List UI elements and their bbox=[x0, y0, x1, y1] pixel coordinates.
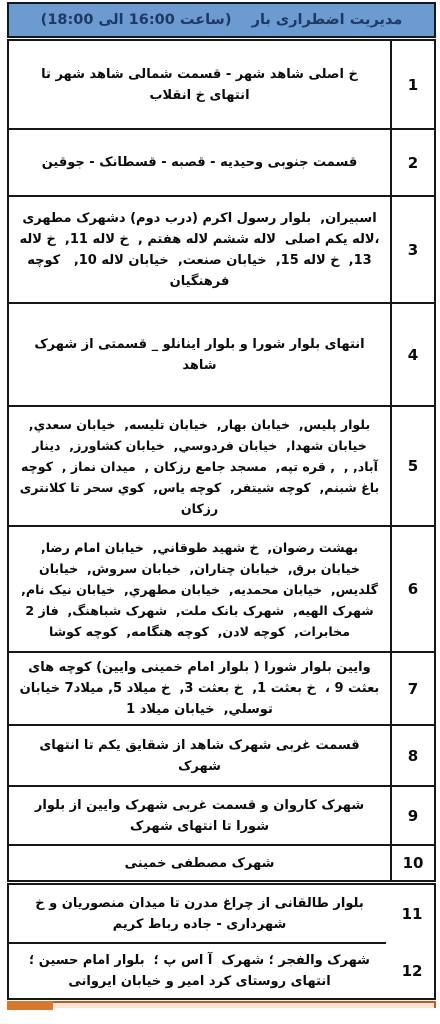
row-area-text: شهرک کاروان و قسمت غربی شهرک وایین از بل… bbox=[9, 787, 390, 844]
row-number: 7 bbox=[390, 653, 434, 724]
row-area-text: خ اصلی شاهد شهر - قسمت شمالی شاهد شهر تا… bbox=[9, 41, 390, 128]
row-number: 5 bbox=[390, 407, 434, 525]
row-number: 2 bbox=[390, 130, 434, 195]
next-section-number-cell-sliver bbox=[7, 1001, 53, 1010]
table-row: 9 شهرک کاروان و قسمت غربی شهرک وایین از … bbox=[9, 787, 434, 846]
row-number: 11 bbox=[390, 885, 434, 942]
row-area-text: انتهای بلوار شورا و بلوار اینانلو _ قسمت… bbox=[9, 304, 390, 405]
row-number: 4 bbox=[390, 304, 434, 405]
schedule-table-secondary: 11 بلوار طالقانی از چراغ مدرن تا میدان م… bbox=[7, 883, 436, 1000]
row-area-text: قسمت غربی شهرک شاهد از شقایق یکم تا انته… bbox=[9, 726, 390, 785]
table-row: 6 بهشت رضوان, خ شهید طوقاني, خیابان امام… bbox=[9, 527, 434, 653]
table-row: 3 اسبیران, بلوار رسول اکرم (درب دوم) دشه… bbox=[9, 197, 434, 304]
row-number: 9 bbox=[390, 787, 434, 844]
table-row: 11 بلوار طالقانی از چراغ مدرن تا میدان م… bbox=[9, 885, 434, 942]
table-row: 4 انتهای بلوار شورا و بلوار اینانلو _ قس… bbox=[9, 304, 434, 407]
table-row: 2 قسمت جنوبی وحیدیه - قصبه - قسطانک - جو… bbox=[9, 130, 434, 197]
table-row: 10 شهرک مصطفی خمینی bbox=[9, 846, 434, 880]
row-area-text: قسمت جنوبی وحیدیه - قصبه - قسطانک - جوقی… bbox=[9, 130, 390, 195]
table-row: 12 شهرک والفجر ؛ شهرک آ اس پ ؛ بلوار اما… bbox=[9, 944, 434, 998]
schedule-header-bar: مدیریت اضطراری بار (ساعت 16:00 الی 18:00… bbox=[7, 2, 436, 38]
row-area-text: بهشت رضوان, خ شهید طوقاني, خیابان امام ر… bbox=[9, 527, 390, 651]
row-area-text: بلوار پلیس, خیابان بهار, خیابان تلیسه, خ… bbox=[9, 407, 390, 525]
row-area-text: اسبیران, بلوار رسول اکرم (درب دوم) دشهرک… bbox=[9, 197, 390, 302]
row-number: 10 bbox=[390, 846, 434, 880]
load-shedding-schedule-page: مدیریت اضطراری بار (ساعت 16:00 الی 18:00… bbox=[0, 0, 440, 1008]
row-number: 12 bbox=[390, 944, 434, 998]
schedule-table-main: 1 خ اصلی شاهد شهر - قسمت شمالی شاهد شهر … bbox=[7, 39, 436, 882]
table-row: 8 قسمت غربی شهرک شاهد از شقایق یکم تا ان… bbox=[9, 726, 434, 787]
table-row: 7 وایین بلوار شورا ( بلوار امام خمینی وا… bbox=[9, 653, 434, 726]
table-row: 5 بلوار پلیس, خیابان بهار, خیابان تلیسه,… bbox=[9, 407, 434, 527]
row-area-text: وایین بلوار شورا ( بلوار امام خمینی وایی… bbox=[9, 653, 390, 724]
row-number: 8 bbox=[390, 726, 434, 785]
row-area-text: بلوار طالقانی از چراغ مدرن تا میدان منصو… bbox=[9, 885, 390, 942]
row-number: 1 bbox=[390, 41, 434, 128]
row-area-text: شهرک مصطفی خمینی bbox=[9, 846, 390, 880]
table-row: 1 خ اصلی شاهد شهر - قسمت شمالی شاهد شهر … bbox=[9, 41, 434, 130]
row-number: 6 bbox=[390, 527, 434, 651]
row-area-text: شهرک والفجر ؛ شهرک آ اس پ ؛ بلوار امام ح… bbox=[9, 944, 390, 998]
schedule-title: مدیریت اضطراری بار (ساعت 16:00 الی 18:00… bbox=[41, 12, 403, 28]
row-number: 3 bbox=[390, 197, 434, 302]
next-section-header-sliver bbox=[7, 1001, 436, 1008]
